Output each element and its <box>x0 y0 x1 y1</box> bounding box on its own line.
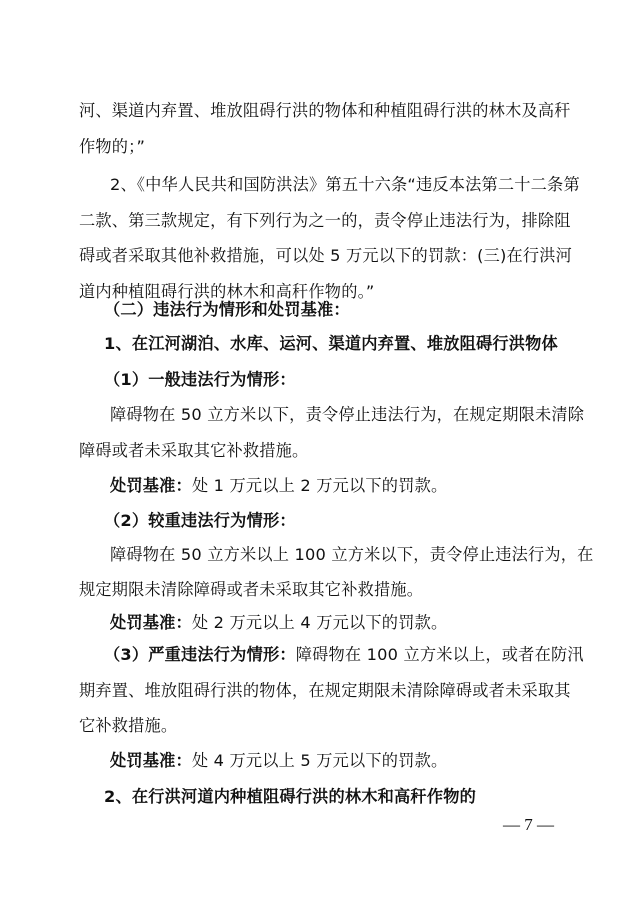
body-text-line: 二款、第三款规定，有下列行为之一的，责令停止违法行为，排除阻 <box>79 211 571 231</box>
body-text-line: 障碍或者未采取其它补救措施。 <box>79 441 308 461</box>
penalty-text: 处 4 万元以上 5 万元以下的罚款。 <box>192 751 447 770</box>
penalty-text: 处 1 万元以上 2 万元以下的罚款。 <box>192 476 447 495</box>
body-text-line: 障碍物在 50 立方米以下，责令停止违法行为，在规定期限未清除 <box>110 405 584 425</box>
penalty-text: 处 2 万元以上 4 万元以下的罚款。 <box>192 613 447 632</box>
case-line: （3）严重违法行为情形：障碍物在 100 立方米以上，或者在防汛 <box>104 645 584 665</box>
body-text-line: 期弃置、堆放阻碍行洪的物体，在规定期限未清除障碍或者未采取其 <box>79 681 571 701</box>
body-text-line: 它补救措施。 <box>79 716 177 736</box>
body-text-line: 道内种植阻碍行洪的林木和高秆作物的。” <box>79 282 374 302</box>
body-text-line: 规定期限未清除障碍或者未采取其它补救措施。 <box>79 580 423 600</box>
page-number: — 7 — <box>503 815 554 835</box>
subsection-heading: 1、在江河湖泊、水库、运河、渠道内弃置、堆放阻碍行洪物体 <box>104 334 558 354</box>
body-text-line: 障碍物在 50 立方米以上 100 立方米以下，责令停止违法行为，在 <box>110 545 594 565</box>
penalty-label: 处罚基准： <box>110 613 192 632</box>
case-heading: （1）一般违法行为情形： <box>104 370 296 390</box>
body-text-line: 作物的；” <box>79 137 145 157</box>
body-text-line: 2、《中华人民共和国防洪法》第五十六条“违反本法第二十二条第 <box>110 175 580 195</box>
body-text-line: 碍或者采取其他补救措施，可以处 5 万元以下的罚款：(三)在行洪河 <box>79 246 572 266</box>
case-text: 障碍物在 100 立方米以上，或者在防汛 <box>296 645 584 664</box>
penalty-line: 处罚基准：处 1 万元以上 2 万元以下的罚款。 <box>110 476 447 496</box>
body-text-line: 河、渠道内弃置、堆放阻碍行洪的物体和种植阻碍行洪的林木及高秆 <box>79 101 571 121</box>
subsection-heading: 2、在行洪河道内种植阻碍行洪的林木和高秆作物的 <box>104 787 476 807</box>
penalty-label: 处罚基准： <box>110 476 192 495</box>
case-label: （3）严重违法行为情形： <box>104 645 296 664</box>
penalty-line: 处罚基准：处 2 万元以上 4 万元以下的罚款。 <box>110 613 447 633</box>
section-heading: （二）违法行为情形和处罚基准： <box>104 300 350 320</box>
penalty-line: 处罚基准：处 4 万元以上 5 万元以下的罚款。 <box>110 751 447 771</box>
document-page: 河、渠道内弃置、堆放阻碍行洪的物体和种植阻碍行洪的林木及高秆 作物的；” 2、《… <box>0 0 635 898</box>
penalty-label: 处罚基准： <box>110 751 192 770</box>
case-heading: （2）较重违法行为情形： <box>104 511 296 531</box>
